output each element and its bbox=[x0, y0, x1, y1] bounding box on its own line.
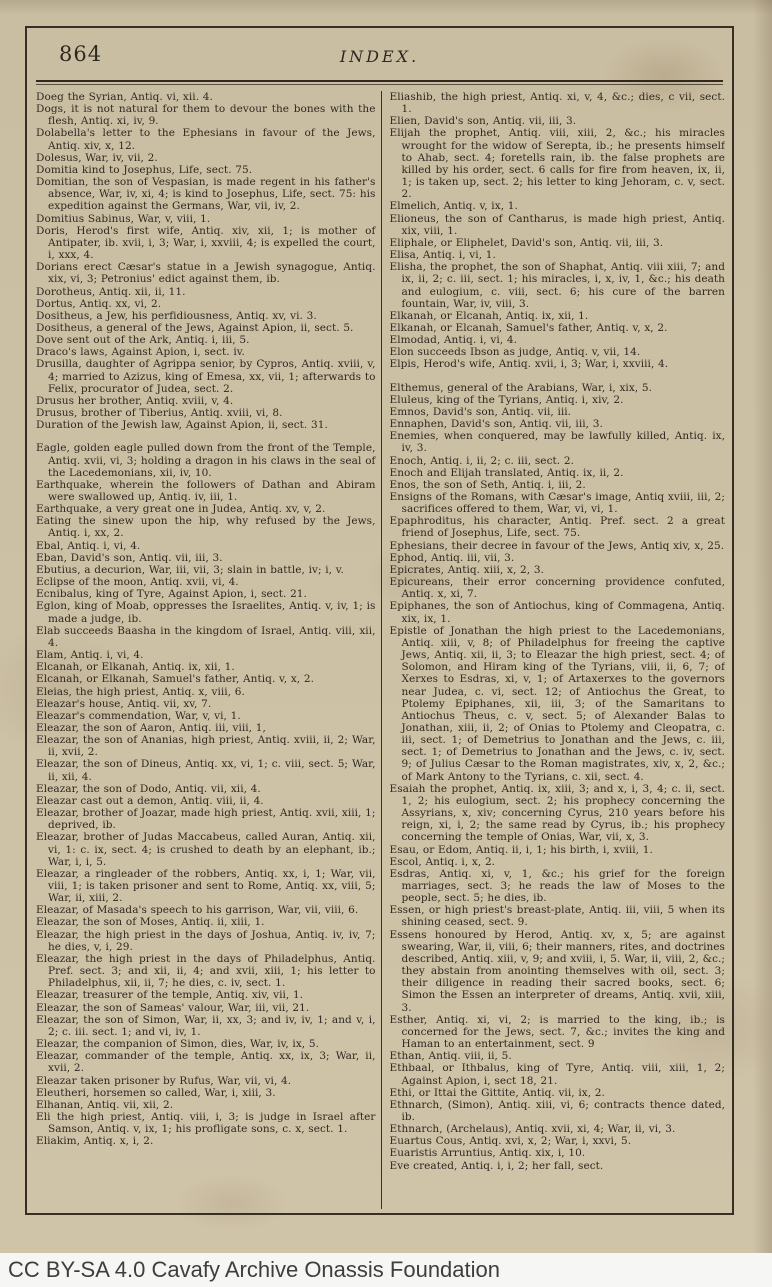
index-entry: Elam, Antiq. i, vi, 4. bbox=[36, 649, 376, 661]
index-entry: Ebal, Antiq. i, vi, 4. bbox=[36, 540, 376, 552]
index-entry: Elijah the prophet, Antiq. viii, xiii, 2… bbox=[390, 127, 726, 200]
index-entry: Eclipse of the moon, Antiq. xvii, vi, 4. bbox=[36, 576, 376, 588]
index-entry: Elisa, Antiq. i, vi, 1. bbox=[390, 249, 726, 261]
index-entry: Eleazar, the son of Aaron, Antiq. iii, v… bbox=[36, 722, 376, 734]
index-entry: Essen, or high priest's breast-plate, An… bbox=[390, 904, 726, 928]
page-title: INDEX. bbox=[27, 47, 732, 66]
index-entry: Domitius Sabinus, War, v, viii, 1. bbox=[36, 213, 376, 225]
index-entry: Eleazar, a ringleader of the robbers, An… bbox=[36, 868, 376, 904]
index-entry: Dolesus, War, iv, vii, 2. bbox=[36, 152, 376, 164]
index-entry: Emnos, David's son, Antiq. vii, iii. bbox=[390, 406, 726, 418]
index-entry: Eleazar, the son of Moses, Antiq. ii, xi… bbox=[36, 916, 376, 928]
index-entry: Ethan, Antiq. viii, ii, 5. bbox=[390, 1050, 726, 1062]
index-entry: Eleazar cast out a demon, Antiq. viii, i… bbox=[36, 795, 376, 807]
scanned-book-page: 864 INDEX. Doeg the Syrian, Antiq. vi, x… bbox=[0, 0, 772, 1287]
index-entry: Dositheus, a general of the Jews, Agains… bbox=[36, 322, 376, 334]
index-entry: Enemies, when conquered, may be lawfully… bbox=[390, 430, 726, 454]
index-entry: Eleazar, brother of Judas Maccabeus, cal… bbox=[36, 831, 376, 867]
index-entry: Escol, Antiq. i, x, 2. bbox=[390, 856, 726, 868]
index-entry: Elmelich, Antiq. v, ix, 1. bbox=[390, 200, 726, 212]
index-entry: Drusus her brother, Antiq. xviii, v, 4. bbox=[36, 395, 376, 407]
index-entry: Elpis, Herod's wife, Antiq. xvii, i, 3; … bbox=[390, 358, 726, 370]
index-entry: Esau, or Edom, Antiq. ii, i, 1; his birt… bbox=[390, 844, 726, 856]
index-entry: Ethbaal, or Ithbalus, king of Tyre, Anti… bbox=[390, 1062, 726, 1086]
index-entry: Eleazar, of Masada's speech to his garri… bbox=[36, 904, 376, 916]
index-entry: Eleazar, brother of Joazar, made high pr… bbox=[36, 807, 376, 831]
index-entry: Epistle of Jonathan the high priest to t… bbox=[390, 625, 726, 783]
index-entry: Draco's laws, Against Apion, i, sect. iv… bbox=[36, 346, 376, 358]
index-entry: Eglon, king of Moab, oppresses the Israe… bbox=[36, 600, 376, 624]
index-entry: Eleazar's commendation, War, v, vi, 1. bbox=[36, 710, 376, 722]
page-border-frame: 864 INDEX. Doeg the Syrian, Antiq. vi, x… bbox=[25, 26, 734, 1215]
page-header: 864 INDEX. bbox=[27, 28, 732, 80]
index-entry: Eleias, the high priest, Antiq. x, viii,… bbox=[36, 686, 376, 698]
index-entry: Eleazar taken prisoner by Rufus, War, vi… bbox=[36, 1075, 376, 1087]
index-entry: Eleazar, commander of the temple, Antiq.… bbox=[36, 1050, 376, 1074]
index-entry: Euaristis Arruntius, Antiq. xix, i, 10. bbox=[390, 1147, 726, 1159]
page-scan-background: 864 INDEX. Doeg the Syrian, Antiq. vi, x… bbox=[0, 0, 772, 1253]
index-entry: Enoch and Elijah translated, Antiq. ix, … bbox=[390, 467, 726, 479]
index-entry: Eleazar, the high priest in the days of … bbox=[36, 929, 376, 953]
index-entry: Euartus Cous, Antiq. xvi, x, 2; War, i, … bbox=[390, 1135, 726, 1147]
index-entry: Ensigns of the Romans, with Cæsar's imag… bbox=[390, 491, 726, 515]
index-entry: Elab succeeds Baasha in the kingdom of I… bbox=[36, 625, 376, 649]
index-entry: Elon succeeds Ibson as judge, Antiq. v, … bbox=[390, 346, 726, 358]
license-credit-text: CC BY-SA 4.0 Cavafy Archive Onassis Foun… bbox=[8, 1257, 500, 1283]
index-entry: Earthquake, a very great one in Judea, A… bbox=[36, 503, 376, 515]
index-entry: Elthemus, general of the Arabians, War, … bbox=[390, 382, 726, 394]
index-entry: Enoch, Antiq. i, ii, 2; c. iii, sect. 2. bbox=[390, 455, 726, 467]
index-entry: Eliphale, or Eliphelet, David's son, Ant… bbox=[390, 237, 726, 249]
index-entry: Eating the sinew upon the hip, why refus… bbox=[36, 515, 376, 539]
index-entry: Ethi, or Ittai the Gittite, Antiq. vii, … bbox=[390, 1087, 726, 1099]
index-entry: Eleazar, the son of Simon, War, ii, xx, … bbox=[36, 1014, 376, 1038]
index-entry: Drusus, brother of Tiberius, Antiq. xvii… bbox=[36, 407, 376, 419]
index-entry: Dorotheus, Antiq. xii, ii, 11. bbox=[36, 286, 376, 298]
index-entry: Dositheus, a Jew, his perfidiousness, An… bbox=[36, 310, 376, 322]
index-entry: Elien, David's son, Antiq. vii, iii, 3. bbox=[390, 115, 726, 127]
index-entry: Elcanah, or Elkanah, Antiq. ix, xii, 1. bbox=[36, 661, 376, 673]
index-entry: Eluleus, king of the Tyrians, Antiq. i, … bbox=[390, 394, 726, 406]
index-entry: Dove sent out of the Ark, Antiq. i, iii,… bbox=[36, 334, 376, 346]
index-entry: Domitia kind to Josephus, Life, sect. 75… bbox=[36, 164, 376, 176]
index-entry: Eve created, Antiq. i, i, 2; her fall, s… bbox=[390, 1160, 726, 1172]
index-entry: Eleazar, the son of Sameas' valour, War,… bbox=[36, 1002, 376, 1014]
index-entry: Ephesians, their decree in favour of the… bbox=[390, 540, 726, 552]
index-entry: Duration of the Jewish law, Against Apio… bbox=[36, 419, 376, 431]
license-bar: CC BY-SA 4.0 Cavafy Archive Onassis Foun… bbox=[0, 1253, 772, 1287]
index-entry: Dolabella's letter to the Ephesians in f… bbox=[36, 127, 376, 151]
index-entry: Ethnarch, (Archelaus), Antiq. xvii, xi, … bbox=[390, 1123, 726, 1135]
index-entry: Doris, Herod's first wife, Antiq. xiv, x… bbox=[36, 225, 376, 261]
index-columns: Doeg the Syrian, Antiq. vi, xii. 4.Dogs,… bbox=[36, 91, 725, 1209]
index-entry: Eliakim, Antiq. x, i, 2. bbox=[36, 1135, 376, 1147]
index-entry: Dogs, it is not natural for them to devo… bbox=[36, 103, 376, 127]
index-entry: Eleazar, treasurer of the temple, Antiq.… bbox=[36, 989, 376, 1001]
index-entry: Esdras, Antiq. xi, v, 1, &c.; his grief … bbox=[390, 868, 726, 904]
index-entry: Eliashib, the high priest, Antiq. xi, v,… bbox=[390, 91, 726, 115]
index-entry: Ebutius, a decurion, War, iii, vii, 3; s… bbox=[36, 564, 376, 576]
index-entry: Eleutheri, horsemen so called, War, i, x… bbox=[36, 1087, 376, 1099]
index-column-left: Doeg the Syrian, Antiq. vi, xii. 4.Dogs,… bbox=[36, 91, 381, 1209]
index-entry: Eleazar, the companion of Simon, dies, W… bbox=[36, 1038, 376, 1050]
index-entry: Ephod, Antiq. iii, vii, 3. bbox=[390, 552, 726, 564]
index-entry: Eagle, golden eagle pulled down from the… bbox=[36, 442, 376, 478]
index-entry: Esther, Antiq. xi, vi, 2; is married to … bbox=[390, 1014, 726, 1050]
index-entry: Eli the high priest, Antiq. viii, i, 3; … bbox=[36, 1111, 376, 1135]
index-entry: Eleazar, the high priest in the days of … bbox=[36, 953, 376, 989]
index-entry: Doeg the Syrian, Antiq. vi, xii. 4. bbox=[36, 91, 376, 103]
index-entry: Elkanah, or Elcanah, Samuel's father, An… bbox=[390, 322, 726, 334]
index-entry: Ennaphen, David's son, Antiq. vii, iii, … bbox=[390, 418, 726, 430]
index-entry: Essens honoured by Herod, Antiq. xv, x, … bbox=[390, 929, 726, 1014]
index-entry: Domitian, the son of Vespasian, is made … bbox=[36, 176, 376, 212]
index-entry: Eleazar, the son of Ananias, high priest… bbox=[36, 734, 376, 758]
index-entry: Esaiah the prophet, Antiq. ix, xiii, 3; … bbox=[390, 783, 726, 844]
index-entry: Eban, David's son, Antiq. vii, iii, 3. bbox=[36, 552, 376, 564]
index-entry: Drusilla, daughter of Agrippa senior, by… bbox=[36, 358, 376, 394]
index-entry: Epicrates, Antiq. xiii, x, 2, 3. bbox=[390, 564, 726, 576]
index-entry: Elisha, the prophet, the son of Shaphat,… bbox=[390, 261, 726, 310]
index-entry: Eleazar, the son of Dineus, Antiq. xx, v… bbox=[36, 758, 376, 782]
header-rule bbox=[36, 80, 723, 85]
index-column-right: Eliashib, the high priest, Antiq. xi, v,… bbox=[381, 91, 726, 1209]
index-entry: Elkanah, or Elcanah, Antiq. ix, xii, 1. bbox=[390, 310, 726, 322]
index-entry: Elcanah, or Elkanah, Samuel's father, An… bbox=[36, 673, 376, 685]
index-entry: Enos, the son of Seth, Antiq. i, iii, 2. bbox=[390, 479, 726, 491]
index-entry: Ethnarch, (Simon), Antiq. xiii, vi, 6; c… bbox=[390, 1099, 726, 1123]
index-entry: Ecnibalus, king of Tyre, Against Apion, … bbox=[36, 588, 376, 600]
index-entry: Dorians erect Cæsar's statue in a Jewish… bbox=[36, 261, 376, 285]
index-entry: Elmodad, Antiq. i, vi, 4. bbox=[390, 334, 726, 346]
index-entry: Epaphroditus, his character, Antiq. Pref… bbox=[390, 515, 726, 539]
index-entry: Earthquake, wherein the followers of Dat… bbox=[36, 479, 376, 503]
index-entry: Eleazar, the son of Dodo, Antiq. vii, xi… bbox=[36, 783, 376, 795]
index-entry: Elioneus, the son of Cantharus, is made … bbox=[390, 213, 726, 237]
index-entry: Epicureans, their error concerning provi… bbox=[390, 576, 726, 600]
index-entry: Eleazar's house, Antiq. vii, xv, 7. bbox=[36, 698, 376, 710]
index-entry: Dortus, Antiq. xx, vi, 2. bbox=[36, 298, 376, 310]
index-entry: Epiphanes, the son of Antiochus, king of… bbox=[390, 600, 726, 624]
index-entry: Elhanan, Antiq. vii, xii, 2. bbox=[36, 1099, 376, 1111]
